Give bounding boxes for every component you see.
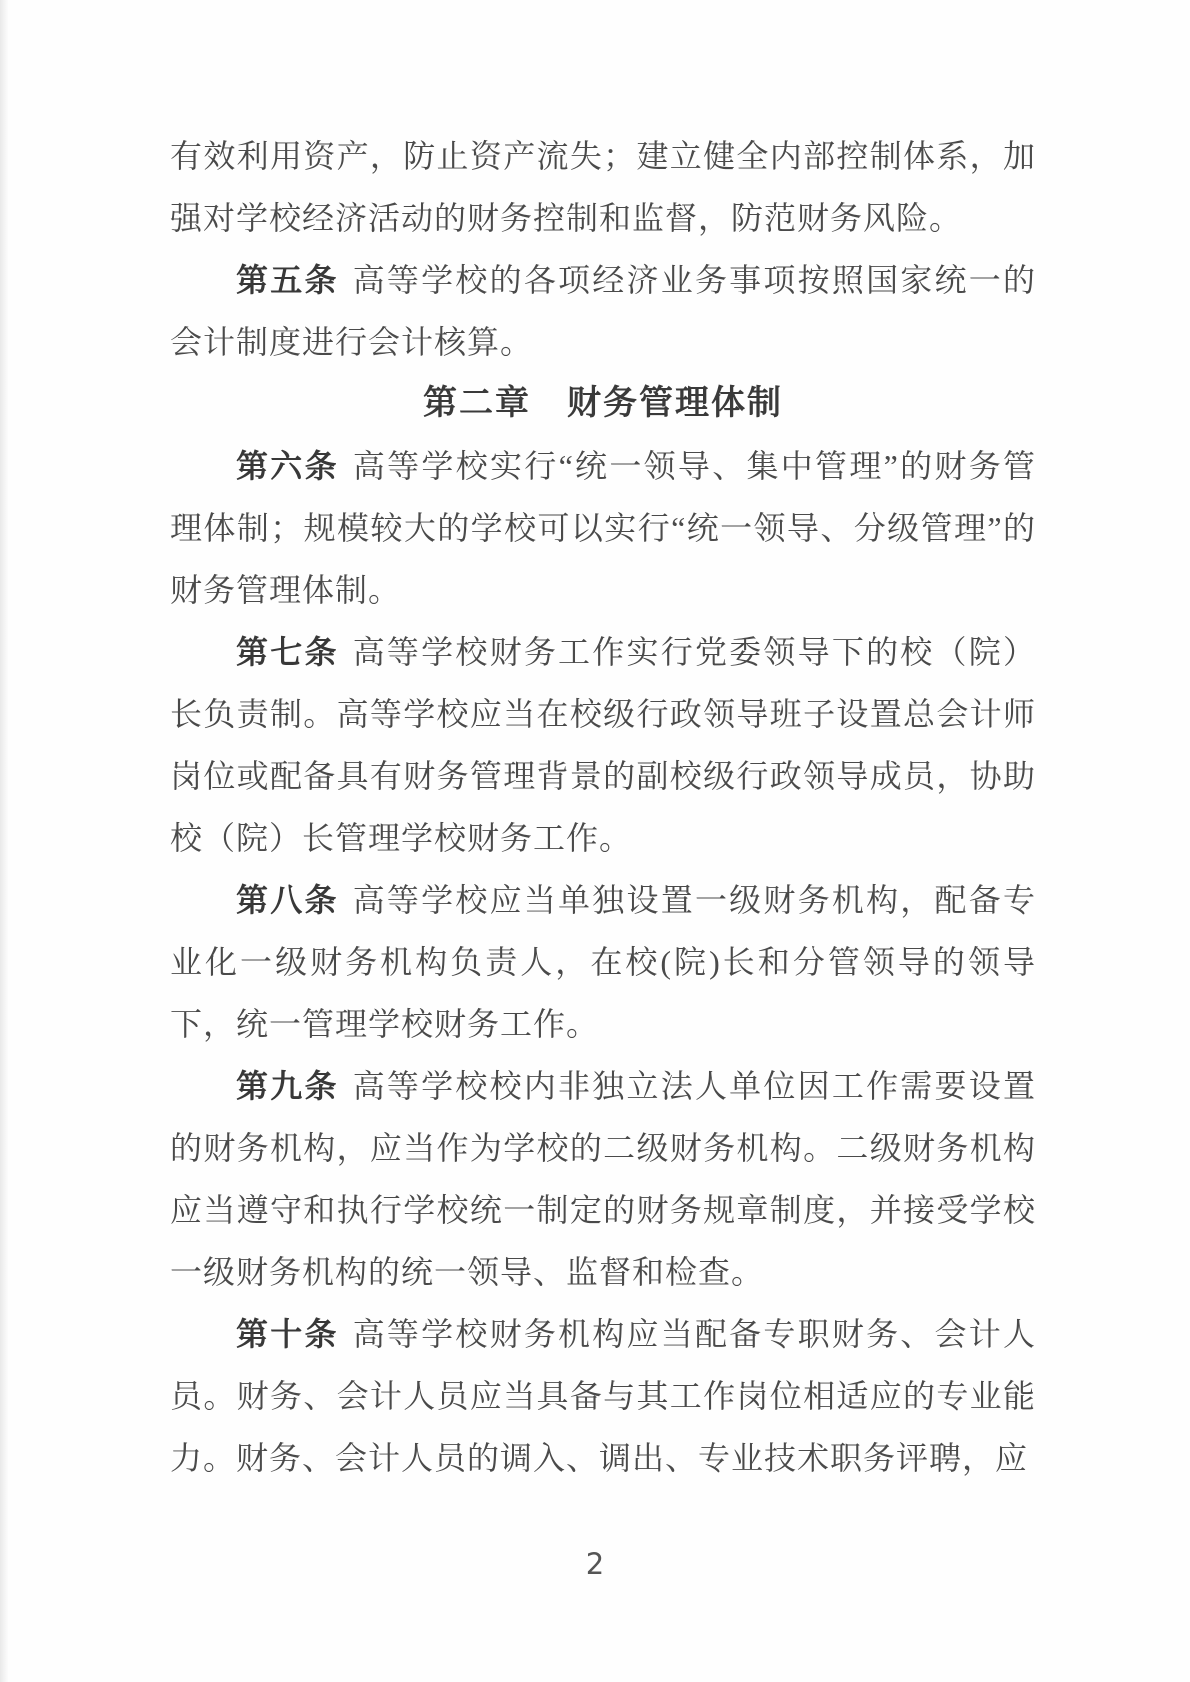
paragraph-continuation: 有效利用资产，防止资产流失；建立健全内部控制体系，加强对学校经济活动的财务控制和… [170, 125, 1036, 249]
scan-edge-shading [0, 0, 9, 1682]
paragraph-article-9: 第九条高等学校校内非独立法人单位因工作需要设置的财务机构，应当作为学校的二级财务… [170, 1055, 1036, 1303]
paragraph-article-5: 第五条高等学校的各项经济业务事项按照国家统一的会计制度进行会计核算。 [170, 249, 1036, 373]
article-number: 第九条 [236, 1068, 339, 1104]
article-number: 第五条 [236, 262, 339, 298]
paragraph-article-8: 第八条高等学校应当单独设置一级财务机构，配备专业化一级财务机构负责人，在校(院)… [170, 869, 1036, 1055]
paragraph-article-7: 第七条高等学校财务工作实行党委领导下的校（院）长负责制。高等学校应当在校级行政领… [170, 621, 1036, 869]
chapter-heading: 第二章 财务管理体制 [170, 373, 1036, 435]
article-number: 第七条 [236, 634, 339, 670]
article-number: 第八条 [236, 882, 339, 918]
document-content: 有效利用资产，防止资产流失；建立健全内部控制体系，加强对学校经济活动的财务控制和… [170, 125, 1036, 1489]
article-number: 第六条 [236, 448, 339, 484]
document-page: 有效利用资产，防止资产流失；建立健全内部控制体系，加强对学校经济活动的财务控制和… [0, 0, 1190, 1682]
paragraph-text: 有效利用资产，防止资产流失；建立健全内部控制体系，加强对学校经济活动的财务控制和… [170, 138, 1036, 236]
page-number: 2 [0, 1544, 1190, 1584]
article-number: 第十条 [236, 1316, 339, 1352]
paragraph-article-10: 第十条高等学校财务机构应当配备专职财务、会计人员。财务、会计人员应当具备与其工作… [170, 1303, 1036, 1489]
paragraph-article-6: 第六条高等学校实行“统一领导、集中管理”的财务管理体制；规模较大的学校可以实行“… [170, 435, 1036, 621]
